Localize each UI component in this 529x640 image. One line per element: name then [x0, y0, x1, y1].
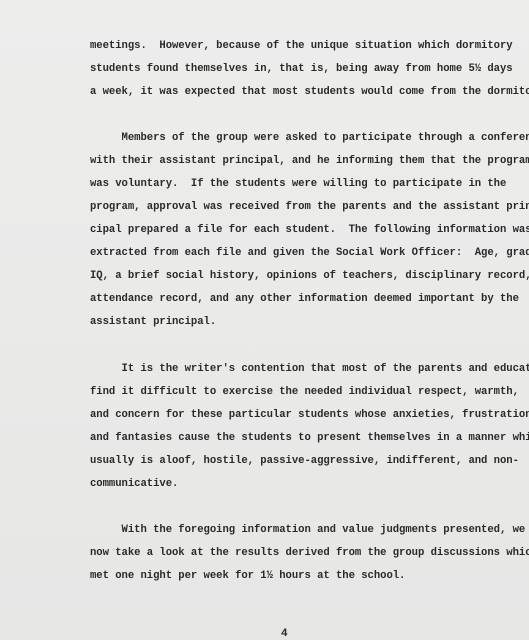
text-line: program, approval was received from the …	[90, 201, 529, 213]
text-line: extracted from each file and given the S…	[90, 247, 529, 259]
text-line: attendance record, and any other informa…	[90, 293, 519, 305]
text-line: It is the writer's contention that most …	[90, 363, 529, 375]
text-line: a week, it was expected that most studen…	[90, 86, 529, 98]
page-number: 4	[281, 628, 288, 640]
document-page: meetings. However, because of the unique…	[0, 0, 529, 640]
text-line: meetings. However, because of the unique…	[90, 40, 513, 52]
text-line: and concern for these particular student…	[90, 409, 529, 421]
text-line: met one night per week for 1½ hours at t…	[90, 570, 405, 582]
text-line: usually is aloof, hostile, passive-aggre…	[90, 455, 519, 467]
text-line: was voluntary. If the students were will…	[90, 178, 506, 190]
text-line: Members of the group were asked to parti…	[90, 132, 529, 144]
text-line: cipal prepared a file for each student. …	[90, 224, 529, 236]
text-line: IQ, a brief social history, opinions of …	[90, 270, 529, 282]
text-line: communicative.	[90, 478, 178, 490]
text-line: find it difficult to exercise the needed…	[90, 386, 519, 398]
text-line: students found themselves in, that is, b…	[90, 63, 513, 75]
text-line: with their assistant principal, and he i…	[90, 155, 529, 167]
text-line: and fantasies cause the students to pres…	[90, 432, 529, 444]
text-line: With the foregoing information and value…	[90, 524, 525, 536]
text-line: now take a look at the results derived f…	[90, 547, 529, 559]
text-line: assistant principal.	[90, 316, 216, 328]
